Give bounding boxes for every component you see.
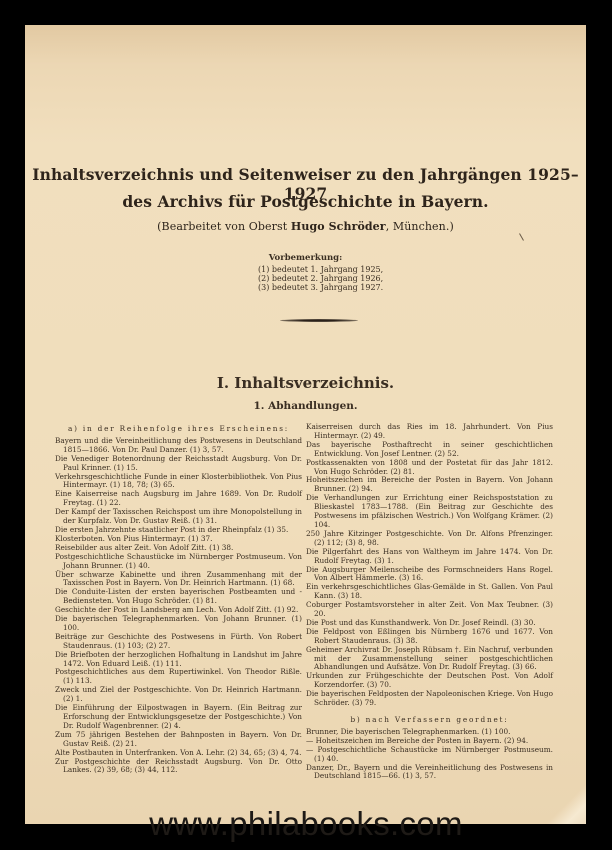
editor-prefix: (Bearbeitet von Oberst — [157, 220, 291, 233]
list-item: Zur Postgeschichte der Reichsstadt Augsb… — [55, 758, 302, 776]
preliminary-note-list: (1) bedeutet 1. Jahrgang 1925, (2) bedeu… — [258, 265, 383, 293]
list-item: Die Augsburger Meilenscheibe des Formsch… — [306, 566, 553, 584]
editor-name: Hugo Schröder — [291, 220, 386, 233]
group-heading-chronological: a) in der Reihenfolge ihres Erscheinens: — [55, 425, 302, 434]
list-item: Verkehrsgeschichtliche Funde in einer Kl… — [55, 473, 302, 491]
list-item: Postgeschichtliches aus dem Rupertiwinke… — [55, 668, 302, 686]
list-item: Urkunden zur Frühgeschichte der Deutsche… — [306, 672, 553, 690]
list-item: Geheimer Archivrat Dr. Joseph Rübsam †. … — [306, 646, 553, 673]
list-item: Die bayerischen Telegraphenmarken. Von J… — [55, 615, 302, 633]
list-item: Bayern und die Vereinheitlichung des Pos… — [55, 437, 302, 455]
ornamental-divider — [280, 319, 358, 322]
list-item: Beiträge zur Geschichte des Postwesens i… — [55, 633, 302, 651]
author-list-item: — Postgeschichtliche Schaustücke im Nürn… — [306, 746, 553, 764]
list-item: Coburger Postamtsvorsteher in alter Zeit… — [306, 601, 553, 619]
editor-suffix: , München.) — [386, 220, 454, 233]
preliminary-note-heading: Vorbemerkung: — [25, 253, 586, 263]
list-item: Die Verhandlungen zur Errichtung einer R… — [306, 494, 553, 530]
list-item: Postgeschichtliche Schaustücke im Nürnbe… — [55, 553, 302, 571]
note-item: (1) bedeutet 1. Jahrgang 1925, — [258, 265, 383, 274]
right-column: Kaiserreisen durch das Ries im 18. Jahrh… — [306, 423, 553, 781]
list-item: Zweck und Ziel der Postgeschichte. Von D… — [55, 686, 302, 704]
list-item: Der Kampf der Taxisschen Reichspost um i… — [55, 508, 302, 526]
list-item: Die Conduite-Listen der ersten bayerisch… — [55, 588, 302, 606]
list-item: Die Einführung der Eilpostwagen in Bayer… — [55, 704, 302, 731]
document-page: Inhaltsverzeichnis und Seitenweiser zu d… — [25, 25, 586, 824]
list-item: Postkassenakten von 1808 und der Posteta… — [306, 459, 553, 477]
list-item: Über schwarze Kabinette und ihren Zusamm… — [55, 571, 302, 589]
list-item: Hoheitszeichen im Bereiche der Posten in… — [306, 476, 553, 494]
list-item: Zum 75 jährigen Bestehen der Bahnposten … — [55, 731, 302, 749]
list-item: Kaiserreisen durch das Ries im 18. Jahrh… — [306, 423, 553, 441]
list-item: 250 Jahre Kitzinger Postgeschichte. Von … — [306, 530, 553, 548]
spacer — [306, 708, 553, 714]
section-heading: I. Inhaltsverzeichnis. — [25, 374, 586, 392]
list-item: Die Briefboten der herzoglichen Hofhaltu… — [55, 651, 302, 669]
subsection-heading: 1. Abhandlungen. — [25, 400, 586, 412]
list-item: Die Pilgerfahrt des Hans von Waltheym im… — [306, 548, 553, 566]
list-item: Die Venediger Botenordnung der Reichssta… — [55, 455, 302, 473]
watermark-url: www.philabooks.com — [0, 805, 612, 843]
list-item: Das bayerische Posthaftrecht in seiner g… — [306, 441, 553, 459]
list-item: Eine Kaiserreise nach Augsburg im Jahre … — [55, 490, 302, 508]
note-item: (3) bedeutet 3. Jahrgang 1927. — [258, 283, 383, 292]
note-item: (2) bedeutet 2. Jahrgang 1926, — [258, 274, 383, 283]
list-item: Die Feldpost von Eßlingen bis Nürnberg 1… — [306, 628, 553, 646]
document-title-line-2: des Archivs für Postgeschichte in Bayern… — [25, 192, 586, 211]
list-item: Ein verkehrsgeschichtliches Glas-Gemälde… — [306, 583, 553, 601]
pencil-mark — [519, 233, 524, 240]
left-column: a) in der Reihenfolge ihres Erscheinens:… — [55, 423, 302, 775]
group-heading-by-author: b) nach Verfassern geordnet: — [306, 716, 553, 725]
list-item: Die bayerischen Feldposten der Napoleoni… — [306, 690, 553, 708]
author-list-item: Danzer, Dr., Bayern und die Vereinheitli… — [306, 764, 553, 782]
editor-credit: (Bearbeitet von Oberst Hugo Schröder, Mü… — [25, 220, 586, 233]
